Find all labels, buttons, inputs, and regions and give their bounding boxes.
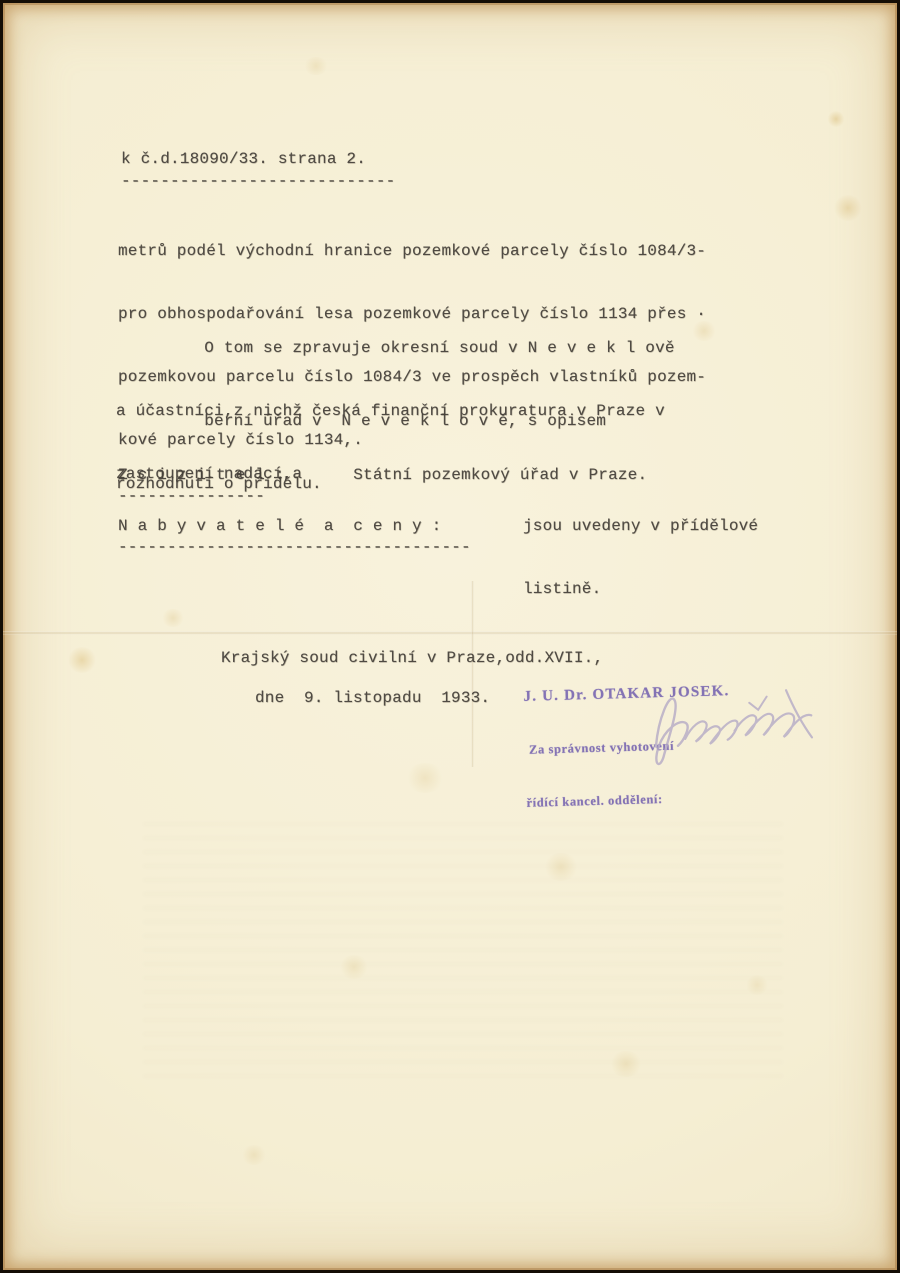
paper-stain — [745, 975, 769, 995]
paper-stain — [543, 853, 579, 881]
paper-stain — [303, 57, 329, 75]
paper-stain — [339, 955, 369, 979]
paper-stain — [827, 111, 845, 127]
paragraph-line: O tom se zpravuje okresní soud v N e v e… — [116, 338, 675, 359]
paragraph-line: metrů podél východní hranice pozemkové p… — [118, 241, 706, 262]
paper-stain — [609, 1051, 643, 1077]
scanned-document-page: k č.d.18090/33. strana 2. --------------… — [0, 0, 900, 1273]
paper-stain — [833, 195, 863, 221]
value-line: jsou uvedeny v přídělové — [523, 516, 758, 537]
closing-date-line: dne 9. listopadu 1933. — [255, 646, 490, 751]
nabyvatele-underline: ------------------------------------ — [118, 495, 471, 600]
reverse-side-show-through — [143, 823, 783, 1083]
paper-stain — [241, 1145, 267, 1165]
paper-stain — [405, 763, 445, 793]
paper-stain — [67, 647, 97, 673]
stamp-text-line: řídící kancel. oddělení: — [526, 789, 732, 812]
paper-stain — [161, 609, 185, 627]
value-line: listině. — [523, 579, 758, 600]
